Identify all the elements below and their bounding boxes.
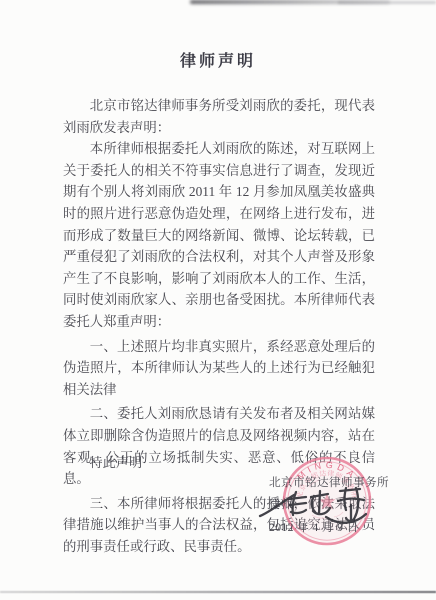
- lawyer-handwritten-signature: [256, 484, 380, 532]
- scan-edge-bottom: [0, 591, 436, 593]
- document-title: 律师声明: [0, 48, 436, 71]
- scanned-document-page: 律师声明 北京市铭达律师事务所受刘雨欣的委托，现代表刘雨欣发表声明： 本所律师根…: [0, 0, 436, 600]
- paragraph-item-1: 一、上述照片均非真实照片，系经恶意处理后的伪造照片，本所律师认为某些人的上述行为…: [63, 336, 375, 401]
- paragraph-intro: 北京市铭达律师事务所受刘雨欣的委托，现代表刘雨欣发表声明：: [63, 95, 375, 138]
- paragraph-background: 本所律师根据委托人刘雨欣的陈述，对互联网上关于委托人的相关不符事实信息进行了调查…: [63, 138, 375, 332]
- closing-statement: 特此声明: [63, 452, 142, 471]
- scan-edge-top-right: [338, 1, 436, 4]
